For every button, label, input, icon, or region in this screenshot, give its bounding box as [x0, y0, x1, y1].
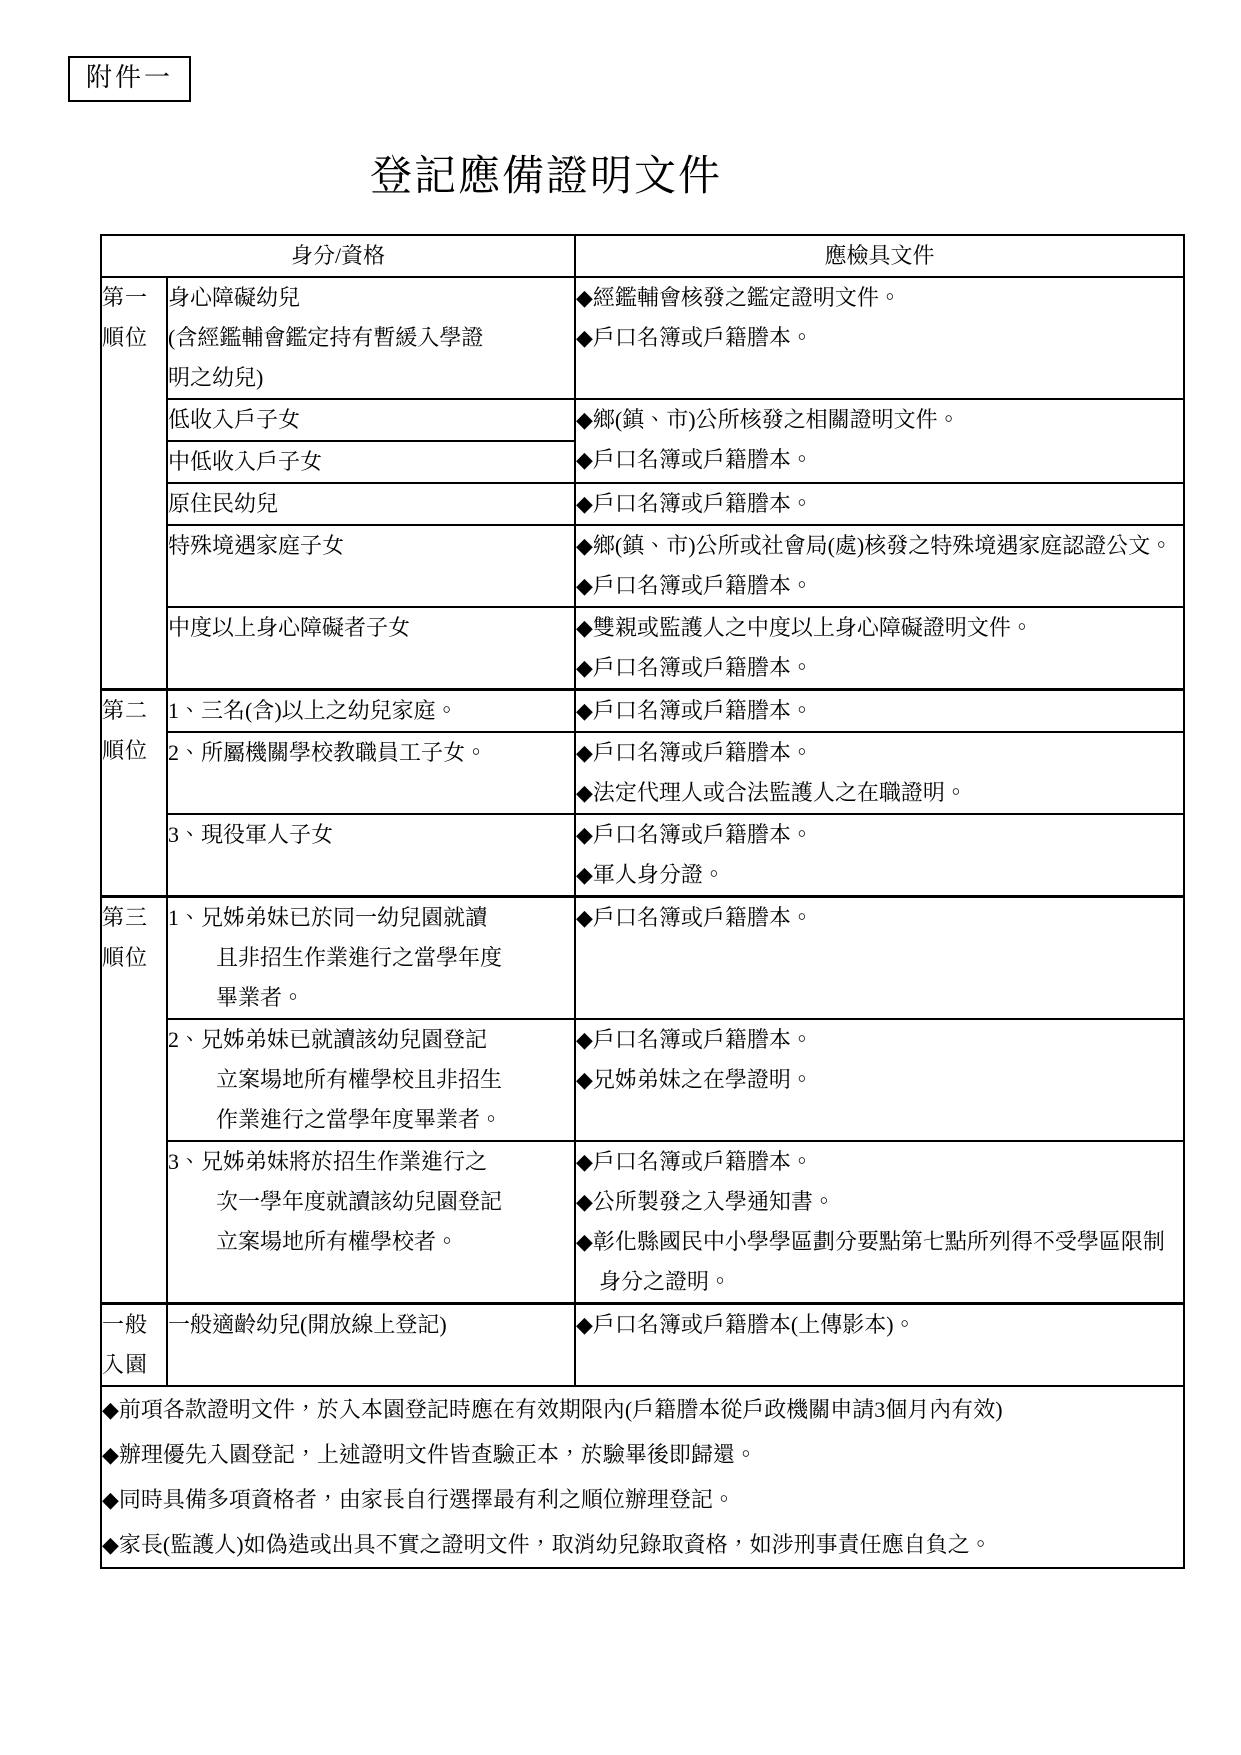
- text-line: ◆前項各款證明文件，於入本園登記時應在有效期限內(戶籍謄本從戶政機關申請3個月內…: [102, 1387, 1183, 1432]
- table-row: 第二順位1、三名(含)以上之幼兒家庭。◆戶口名簿或戶籍謄本。: [101, 690, 1184, 733]
- table-row: 一般入園一般適齡幼兒(開放線上登記)◆戶口名簿或戶籍謄本(上傳影本)。: [101, 1304, 1184, 1387]
- table-row: 2、所屬機關學校教職員工子女。◆戶口名簿或戶籍謄本。◆法定代理人或合法監護人之在…: [101, 732, 1184, 814]
- text-line: ◆雙親或監護人之中度以上身心障礙證明文件。: [576, 608, 1183, 648]
- text-line: ◆辦理優先入園登記，上述證明文件皆查驗正本，於驗畢後即歸還。: [102, 1432, 1183, 1477]
- text-line: 立案場地所有權學校且非招生: [168, 1060, 574, 1100]
- page-title: 登記應備證明文件: [370, 146, 722, 208]
- documents-cell: ◆戶口名簿或戶籍謄本。: [575, 897, 1184, 1020]
- documents-cell: ◆鄉(鎮、市)公所核發之相關證明文件。◆戶口名簿或戶籍謄本。: [575, 399, 1184, 483]
- table-row: 第一順位身心障礙幼兒(含經鑑輔會鑑定持有暫緩入學證明之幼兒)◆經鑑輔會核發之鑑定…: [101, 277, 1184, 399]
- text-line: 特殊境遇家庭子女: [168, 526, 574, 566]
- qualification-cell: 原住民幼兒: [167, 483, 575, 525]
- table-row: 原住民幼兒◆戶口名簿或戶籍謄本。: [101, 483, 1184, 525]
- text-line: ◆戶口名簿或戶籍謄本。: [576, 440, 1183, 480]
- priority-cell: 第一順位: [101, 277, 167, 690]
- text-line: ◆戶口名簿或戶籍謄本。: [576, 484, 1183, 524]
- text-line: ◆戶口名簿或戶籍謄本。: [576, 898, 1183, 938]
- text-line: 畢業者。: [168, 978, 574, 1018]
- priority-cell: 第二順位: [101, 690, 167, 897]
- qualification-cell: 2、所屬機關學校教職員工子女。: [167, 732, 575, 814]
- text-line: 明之幼兒): [168, 358, 574, 398]
- qualification-cell: 中低收入戶子女: [167, 441, 575, 483]
- documents-cell: ◆戶口名簿或戶籍謄本。: [575, 483, 1184, 525]
- qualification-cell: 一般適齡幼兒(開放線上登記): [167, 1304, 575, 1387]
- text-line: 1、兄姊弟妹已於同一幼兒園就讀: [168, 898, 574, 938]
- table-row: 2、兄姊弟妹已就讀該幼兒園登記立案場地所有權學校且非招生作業進行之當學年度畢業者…: [101, 1019, 1184, 1141]
- documents-cell: ◆戶口名簿或戶籍謄本。: [575, 690, 1184, 733]
- table-row: 低收入戶子女◆鄉(鎮、市)公所核發之相關證明文件。◆戶口名簿或戶籍謄本。: [101, 399, 1184, 441]
- text-line: ◆兄姊弟妹之在學證明。: [576, 1060, 1183, 1100]
- documents-cell: ◆戶口名簿或戶籍謄本。◆公所製發之入學通知書。◆彰化縣國民中小學學區劃分要點第七…: [575, 1141, 1184, 1304]
- text-line: 3、兄姊弟妹將於招生作業進行之: [168, 1142, 574, 1182]
- priority-cell: 一般入園: [101, 1304, 167, 1387]
- documents-cell: ◆戶口名簿或戶籍謄本(上傳影本)。: [575, 1304, 1184, 1387]
- text-line: ◆鄉(鎮、市)公所或社會局(處)核發之特殊境遇家庭認證公文。: [576, 526, 1183, 566]
- text-line: 一般適齡幼兒(開放線上登記): [168, 1305, 574, 1345]
- documents-cell: ◆雙親或監護人之中度以上身心障礙證明文件。◆戶口名簿或戶籍謄本。: [575, 607, 1184, 690]
- documents-cell: ◆戶口名簿或戶籍謄本。◆法定代理人或合法監護人之在職證明。: [575, 732, 1184, 814]
- text-line: ◆戶口名簿或戶籍謄本。: [576, 733, 1183, 773]
- qualification-cell: 特殊境遇家庭子女: [167, 525, 575, 607]
- attachment-label-box: 附件一: [68, 56, 191, 102]
- documents-cell: ◆鄉(鎮、市)公所或社會局(處)核發之特殊境遇家庭認證公文。◆戶口名簿或戶籍謄本…: [575, 525, 1184, 607]
- text-line: ◆法定代理人或合法監護人之在職證明。: [576, 773, 1183, 813]
- text-line: ◆戶口名簿或戶籍謄本。: [576, 1020, 1183, 1060]
- qualification-cell: 2、兄姊弟妹已就讀該幼兒園登記立案場地所有權學校且非招生作業進行之當學年度畢業者…: [167, 1019, 575, 1141]
- text-line: ◆戶口名簿或戶籍謄本(上傳影本)。: [576, 1305, 1183, 1345]
- text-line: 低收入戶子女: [168, 400, 574, 440]
- registration-documents-table: 身分/資格 應檢具文件 第一順位身心障礙幼兒(含經鑑輔會鑑定持有暫緩入學證明之幼…: [100, 234, 1185, 1569]
- col-header-documents: 應檢具文件: [575, 235, 1184, 277]
- text-line: 3、現役軍人子女: [168, 815, 574, 855]
- qualification-cell: 1、兄姊弟妹已於同一幼兒園就讀且非招生作業進行之當學年度畢業者。: [167, 897, 575, 1020]
- table-row: 中度以上身心障礙者子女◆雙親或監護人之中度以上身心障礙證明文件。◆戶口名簿或戶籍…: [101, 607, 1184, 690]
- text-line: 中度以上身心障礙者子女: [168, 608, 574, 648]
- text-line: ◆戶口名簿或戶籍謄本。: [576, 318, 1183, 358]
- table-header-row: 身分/資格 應檢具文件: [101, 235, 1184, 277]
- text-line: 次一學年度就讀該幼兒園登記: [168, 1182, 574, 1222]
- qualification-cell: 3、兄姊弟妹將於招生作業進行之次一學年度就讀該幼兒園登記立案場地所有權學校者。: [167, 1141, 575, 1304]
- text-line: ◆鄉(鎮、市)公所核發之相關證明文件。: [576, 400, 1183, 440]
- table-row: 3、現役軍人子女◆戶口名簿或戶籍謄本。◆軍人身分證。: [101, 814, 1184, 897]
- text-line: ◆戶口名簿或戶籍謄本。: [576, 1142, 1183, 1182]
- qualification-cell: 3、現役軍人子女: [167, 814, 575, 897]
- documents-cell: ◆經鑑輔會核發之鑑定證明文件。◆戶口名簿或戶籍謄本。: [575, 277, 1184, 399]
- text-line: ◆經鑑輔會核發之鑑定證明文件。: [576, 278, 1183, 318]
- text-line: ◆家長(監護人)如偽造或出具不實之證明文件，取消幼兒錄取資格，如涉刑事責任應自負…: [102, 1522, 1183, 1567]
- text-line: ◆軍人身分證。: [576, 855, 1183, 895]
- attachment-label: 附件一: [86, 63, 173, 92]
- documents-cell: ◆戶口名簿或戶籍謄本。◆兄姊弟妹之在學證明。: [575, 1019, 1184, 1141]
- notes-row: ◆前項各款證明文件，於入本園登記時應在有效期限內(戶籍謄本從戶政機關申請3個月內…: [101, 1386, 1184, 1568]
- notes-cell: ◆前項各款證明文件，於入本園登記時應在有效期限內(戶籍謄本從戶政機關申請3個月內…: [101, 1386, 1184, 1568]
- text-line: 2、所屬機關學校教職員工子女。: [168, 733, 574, 773]
- text-line: ◆戶口名簿或戶籍謄本。: [576, 691, 1183, 731]
- text-line: 立案場地所有權學校者。: [168, 1222, 574, 1262]
- text-line: (含經鑑輔會鑑定持有暫緩入學證: [168, 318, 574, 358]
- table-body: 第一順位身心障礙幼兒(含經鑑輔會鑑定持有暫緩入學證明之幼兒)◆經鑑輔會核發之鑑定…: [101, 277, 1184, 1386]
- text-line: 1、三名(含)以上之幼兒家庭。: [168, 691, 574, 731]
- text-line: 2、兄姊弟妹已就讀該幼兒園登記: [168, 1020, 574, 1060]
- text-line: ◆彰化縣國民中小學學區劃分要點第七點所列得不受學區限制身分之證明。: [576, 1222, 1183, 1302]
- qualification-cell: 中度以上身心障礙者子女: [167, 607, 575, 690]
- text-line: ◆同時具備多項資格者，由家長自行選擇最有利之順位辦理登記。: [102, 1477, 1183, 1522]
- text-line: 且非招生作業進行之當學年度: [168, 938, 574, 978]
- qualification-cell: 1、三名(含)以上之幼兒家庭。: [167, 690, 575, 733]
- qualification-cell: 低收入戶子女: [167, 399, 575, 441]
- table-row: 特殊境遇家庭子女◆鄉(鎮、市)公所或社會局(處)核發之特殊境遇家庭認證公文。◆戶…: [101, 525, 1184, 607]
- table-row: 3、兄姊弟妹將於招生作業進行之次一學年度就讀該幼兒園登記立案場地所有權學校者。◆…: [101, 1141, 1184, 1304]
- table-row: 第三順位1、兄姊弟妹已於同一幼兒園就讀且非招生作業進行之當學年度畢業者。◆戶口名…: [101, 897, 1184, 1020]
- text-line: 身心障礙幼兒: [168, 278, 574, 318]
- document-page: { "page": { "attachment_label": "附件一", "…: [0, 0, 1241, 1755]
- text-line: 原住民幼兒: [168, 484, 574, 524]
- col-header-identity: 身分/資格: [101, 235, 575, 277]
- text-line: 作業進行之當學年度畢業者。: [168, 1100, 574, 1140]
- text-line: 中低收入戶子女: [168, 442, 574, 482]
- text-line: ◆戶口名簿或戶籍謄本。: [576, 566, 1183, 606]
- text-line: ◆戶口名簿或戶籍謄本。: [576, 648, 1183, 688]
- text-line: ◆戶口名簿或戶籍謄本。: [576, 815, 1183, 855]
- documents-cell: ◆戶口名簿或戶籍謄本。◆軍人身分證。: [575, 814, 1184, 897]
- text-line: ◆公所製發之入學通知書。: [576, 1182, 1183, 1222]
- qualification-cell: 身心障礙幼兒(含經鑑輔會鑑定持有暫緩入學證明之幼兒): [167, 277, 575, 399]
- priority-cell: 第三順位: [101, 897, 167, 1304]
